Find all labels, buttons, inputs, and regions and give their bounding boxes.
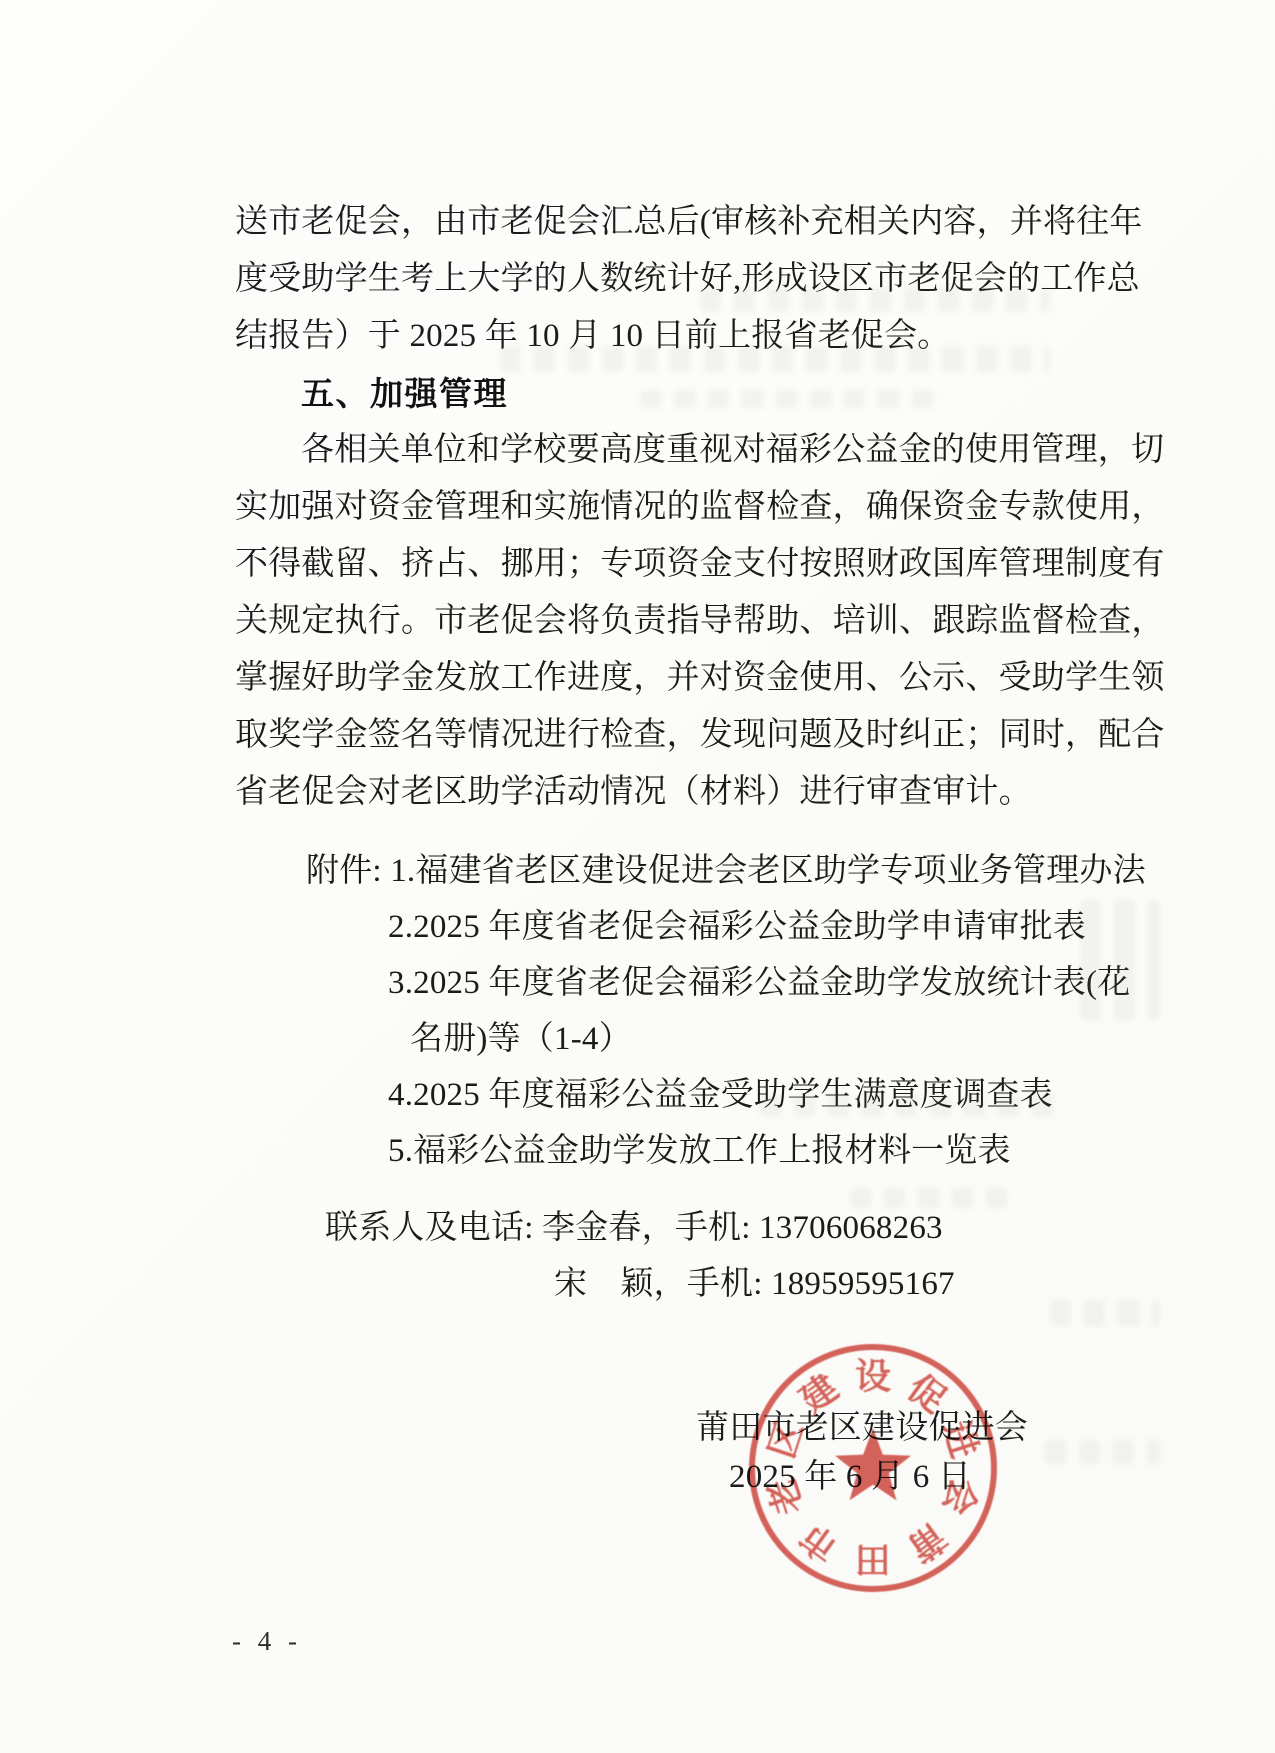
seal-ring-char: 区	[760, 1416, 810, 1463]
bleed-through-smudge	[500, 346, 1050, 372]
contact-line: 联系人及电话: 李金春，手机: 13706068263	[325, 1200, 943, 1257]
body-line: 各相关单位和学校要高度重视对福彩公益金的使用管理，切	[301, 422, 1164, 479]
seal-ring-char: 田	[855, 1540, 891, 1581]
bleed-through-smudge	[640, 390, 940, 408]
body-line: 实加强对资金管理和实施情况的监督检查，确保资金专款使用，	[235, 479, 1165, 536]
bleed-through-smudge	[1050, 1300, 1160, 1326]
attachment-item: 2.2025 年度省老促会福彩公益金助学申请审批表	[388, 899, 1086, 956]
bleed-through-smudge	[1045, 1440, 1160, 1464]
seal-ring-char: 老	[760, 1473, 810, 1520]
bleed-through-smudge	[700, 288, 1050, 312]
document-page: 送市老促会，由市老促会汇总后(审核补充相关内容，并将往年 度受助学生考上大学的人…	[0, 0, 1275, 1753]
seal-ring-char: 设	[855, 1356, 891, 1397]
contact-line: 宋 颖，手机: 18959595167	[554, 1256, 955, 1313]
seal-ring-char: 进	[935, 1416, 985, 1463]
attachment-item: 3.2025 年度省老促会福彩公益金助学发放统计表(花	[388, 955, 1130, 1012]
body-line: 不得截留、挤占、挪用；专项资金支付按照财政国库管理制度有	[235, 536, 1165, 593]
body-line: 掌握好助学金发放工作进度，并对资金使用、公示、受助学生领	[235, 650, 1165, 707]
star-icon	[835, 1428, 911, 1500]
page-number: - 4 -	[232, 1626, 302, 1657]
section-heading: 五、加强管理	[301, 365, 508, 422]
body-line: 送市老促会，由市老促会汇总后(审核补充相关内容，并将往年	[235, 194, 1143, 251]
attachment-item-continuation: 名册)等（1-4）	[410, 1011, 632, 1068]
official-seal: 莆 田 市 老 区 建 设 促 进 会	[738, 1333, 1008, 1603]
bleed-through-smudge	[850, 1188, 1020, 1208]
attachments-label-line: 附件: 1.福建省老区建设促进会老区助学专项业务管理办法	[306, 843, 1146, 900]
bleed-through-smudge	[760, 1095, 1060, 1117]
body-line: 关规定执行。市老促会将负责指导帮助、培训、跟踪监督检查，	[235, 593, 1165, 650]
body-line: 省老促会对老区助学活动情况（材料）进行审查审计。	[235, 764, 1032, 821]
bleed-through-smudge	[1080, 900, 1160, 1020]
seal-ring-char: 会	[935, 1473, 985, 1520]
body-line: 取奖学金签名等情况进行检查，发现问题及时纠正；同时，配合	[235, 707, 1165, 764]
attachment-item: 5.福彩公益金助学发放工作上报材料一览表	[388, 1123, 1011, 1180]
